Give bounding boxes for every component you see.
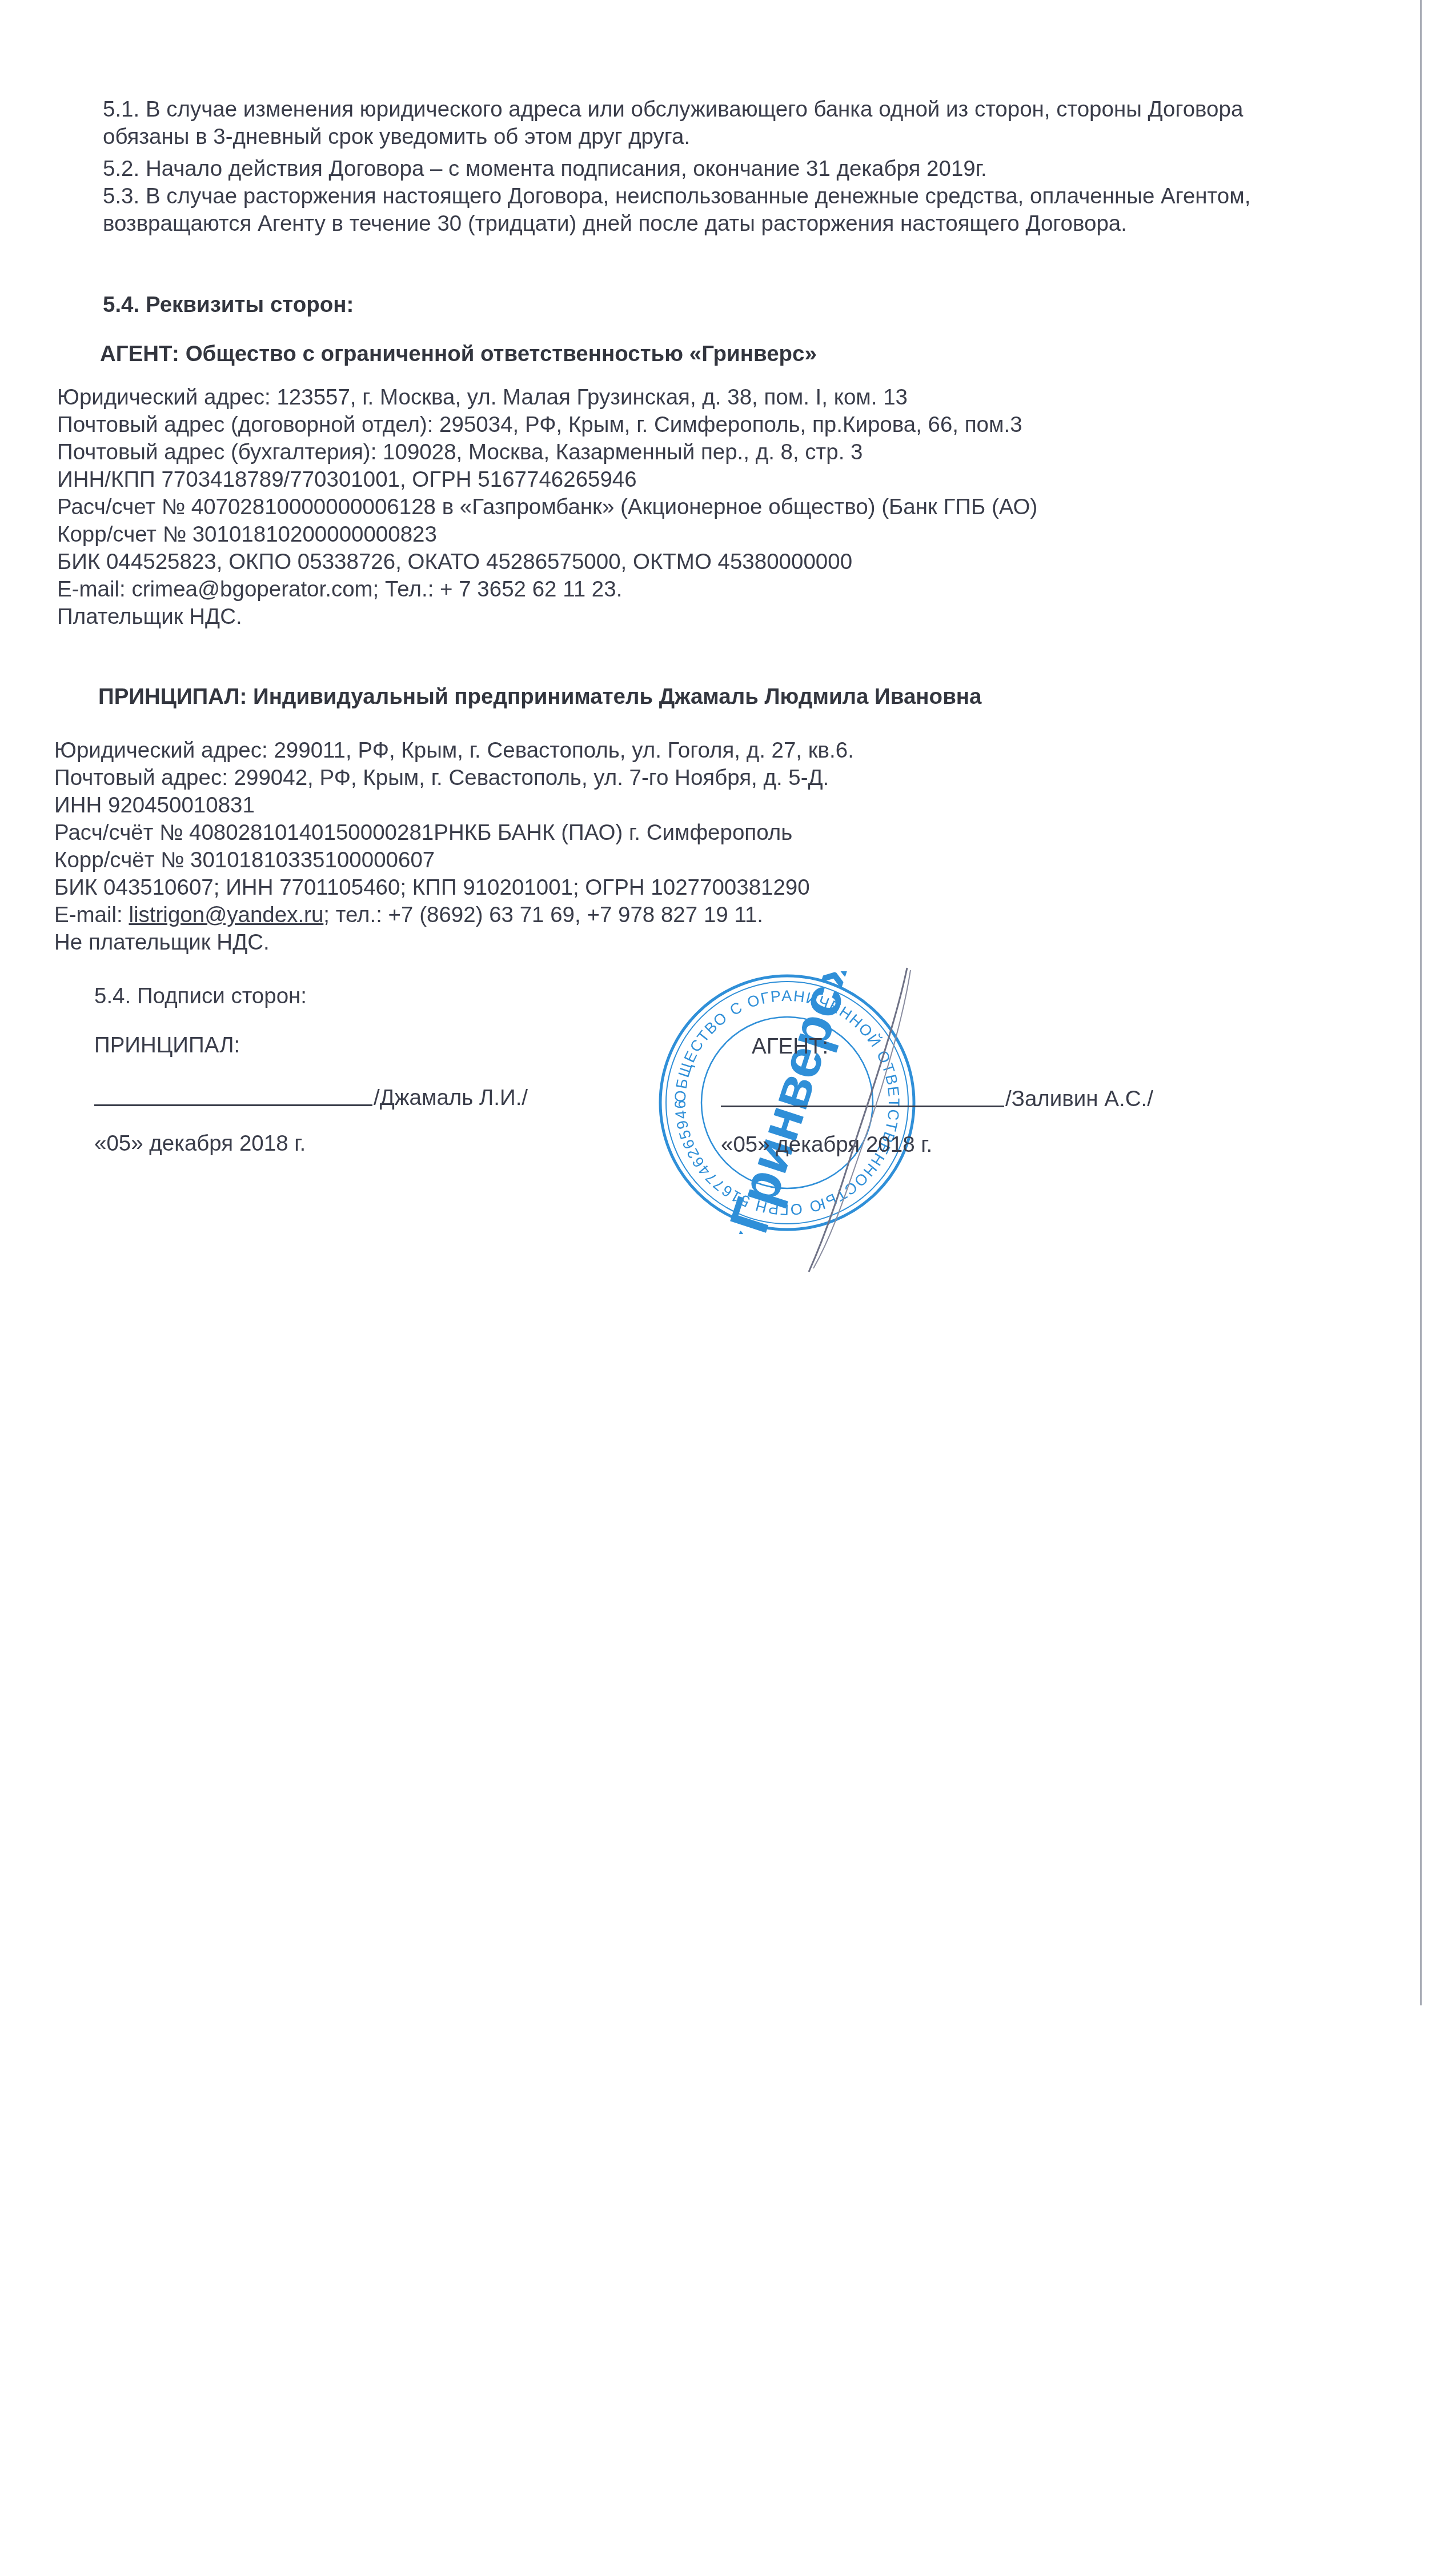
clause-5-3: 5.3. В случае расторжения настоящего Дог… <box>103 183 1377 238</box>
scan-edge-line <box>1420 0 1422 2005</box>
clause-5-2: 5.2. Начало действия Договора – с момент… <box>103 155 1377 183</box>
agent-settlement-account: Расч/счет № 40702810000000006128 в «Газп… <box>57 494 1037 521</box>
principal-signature-date: «05» декабря 2018 г. <box>94 1130 306 1158</box>
agent-bik-okpo-okato: БИК 044525823, ОКПО 05338726, ОКАТО 4528… <box>57 548 1037 576</box>
agent-title: АГЕНТ: Общество с ограниченной ответстве… <box>100 341 817 368</box>
agent-signature-name: /Заливин А.С./ <box>1005 1086 1153 1113</box>
principal-signature-label: ПРИНЦИПАЛ: <box>94 1032 240 1059</box>
agent-legal-address: Юридический адрес: 123557, г. Москва, ул… <box>57 384 1037 411</box>
requisites-heading: 5.4. Реквизиты сторон: <box>103 291 354 319</box>
principal-email-link[interactable]: listrigon@yandex.ru <box>129 903 323 927</box>
principal-inn: ИНН 920450010831 <box>54 792 854 819</box>
principal-signature-name: /Джамаль Л.И./ <box>374 1084 528 1112</box>
principal-phone: ; тел.: +7 (8692) 63 71 69, +7 978 827 1… <box>323 903 763 927</box>
principal-email-label: E-mail: <box>54 903 129 927</box>
handwritten-signature <box>788 966 925 1274</box>
agent-vat-status: Плательщик НДС. <box>57 603 1037 631</box>
principal-bik-inn-kpp-ogrn: БИК 043510607; ИНН 7701105460; КПП 91020… <box>54 874 854 902</box>
clause-5-3-line-1: 5.3. В случае расторжения настоящего Дог… <box>103 183 1377 210</box>
principal-email-phone: E-mail: listrigon@yandex.ru; тел.: +7 (8… <box>54 902 854 929</box>
principal-legal-address: Юридический адрес: 299011, РФ, Крым, г. … <box>54 737 854 764</box>
agent-details: Юридический адрес: 123557, г. Москва, ул… <box>57 384 1037 631</box>
principal-title: ПРИНЦИПАЛ: Индивидуальный предпринимател… <box>98 683 981 711</box>
clause-5-1: 5.1. В случае изменения юридического адр… <box>103 96 1377 151</box>
clause-5-1-line-1: 5.1. В случае изменения юридического адр… <box>103 96 1377 123</box>
agent-postal-address-contracts: Почтовый адрес (договорной отдел): 29503… <box>57 411 1037 439</box>
clause-5-3-line-2: возвращаются Агенту в течение 30 (тридца… <box>103 210 1377 238</box>
principal-postal-address: Почтовый адрес: 299042, РФ, Крым, г. Сев… <box>54 764 854 792</box>
agent-corr-account: Корр/счет № 30101810200000000823 <box>57 521 1037 548</box>
principal-corr-account: Корр/счёт № 30101810335100000607 <box>54 847 854 874</box>
agent-postal-address-accounting: Почтовый адрес (бухгалтерия): 109028, Мо… <box>57 439 1037 466</box>
clause-5-1-line-2: обязаны в 3-дневный срок уведомить об эт… <box>103 123 1377 151</box>
agent-email-phone: E-mail: crimea@bgoperator.com; Тел.: + 7… <box>57 576 1037 603</box>
signatures-heading: 5.4. Подписи сторон: <box>94 983 307 1010</box>
principal-settlement-account: Расч/счёт № 40802810140150000281РНКБ БАН… <box>54 819 854 847</box>
agent-inn-kpp-ogrn: ИНН/КПП 7703418789/770301001, ОГРН 51677… <box>57 466 1037 494</box>
principal-signature-line <box>94 1104 372 1106</box>
principal-vat-status: Не плательщик НДС. <box>54 929 854 956</box>
clause-5-2-text: 5.2. Начало действия Договора – с момент… <box>103 155 1377 183</box>
principal-details: Юридический адрес: 299011, РФ, Крым, г. … <box>54 737 854 956</box>
